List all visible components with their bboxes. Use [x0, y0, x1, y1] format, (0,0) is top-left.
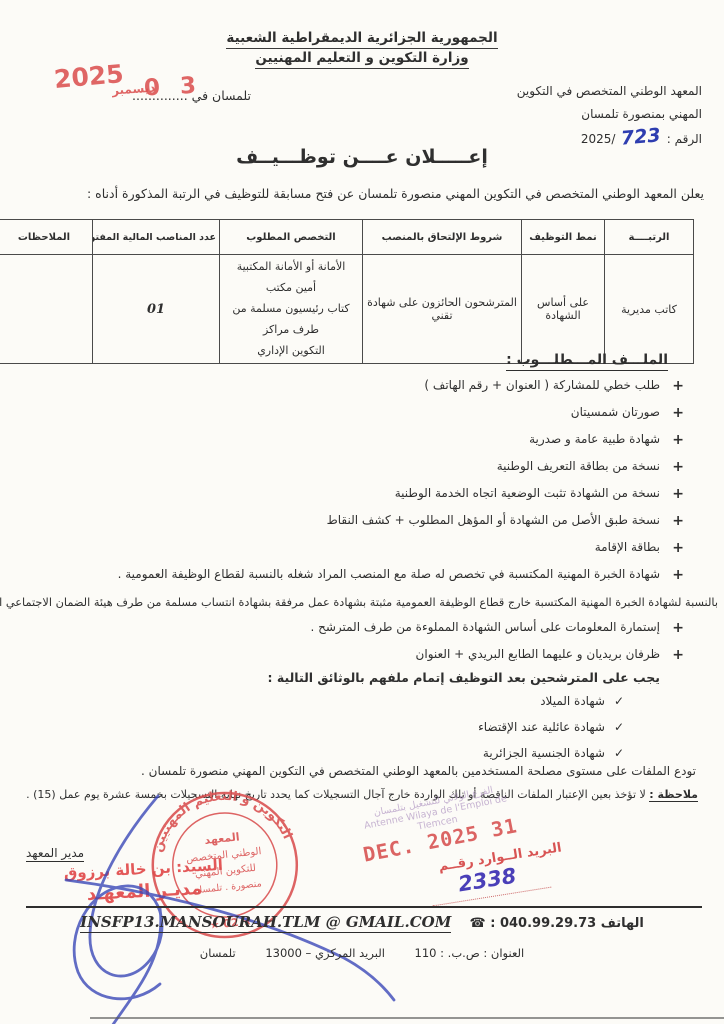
- cell-remarks: [0, 255, 93, 364]
- col-positions: عدد المناصب المالية المفتوحة: [93, 220, 220, 255]
- announcement-intro: يعلن المعهد الوطني المتخصص في التكوين ال…: [8, 186, 704, 201]
- post-hiring-list: ✓شهادة الميلاد ✓شهادة عائلية عند الإقتضا…: [478, 694, 624, 772]
- cell-mode: على أساس الشهادة: [522, 255, 605, 364]
- col-mode: نمط التوظيف: [522, 220, 605, 255]
- phone-icon: ☎: [469, 916, 485, 931]
- list-item: +إستمارة المعلومات على أساس الشهادة المم…: [10, 620, 686, 647]
- stamp-inner-line: منصورة . تلمسان: [192, 878, 262, 896]
- list-item: ✓شهادة عائلية عند الإقتضاء: [478, 720, 624, 746]
- institute-line1: المعهد الوطني المتخصص في التكوين: [517, 80, 702, 103]
- plus-bullet-icon: +: [672, 486, 684, 502]
- post-hiring-intro: يجب على المترشحين بعد التوظيف إتمام ملفه…: [268, 670, 660, 685]
- stamp-inner-line: للتكوين المهني: [194, 863, 256, 880]
- specialty-line: التكوين الإداري: [223, 341, 359, 362]
- list-item: +نسخة من الشهادة تثبت الوضعية اتجاه الخد…: [10, 486, 686, 513]
- institute-block: المعهد الوطني المتخصص في التكوين المهني …: [517, 80, 702, 151]
- list-item: ✓شهادة الميلاد: [478, 694, 624, 720]
- table-row: كاتب مديرية على أساس الشهادة المترشحون ا…: [0, 255, 694, 364]
- specialty-line: أمين مكتب: [223, 278, 359, 299]
- stamp-inner-line: المعهد: [204, 830, 240, 847]
- note-text: لا تؤخذ بعين الإعتبار الملفات الناقصة أو…: [26, 788, 646, 801]
- col-specialty: التخصص المطلوب: [220, 220, 363, 255]
- note-line: ملاحظة : لا تؤخذ بعين الإعتبار الملفات ا…: [30, 788, 698, 801]
- note-label: ملاحظة :: [649, 788, 698, 802]
- deposit-line: تودع الملفات على مستوى مصلحة المستخدمين …: [141, 764, 696, 778]
- list-item: +نسخة طبق الأصل من الشهادة أو المؤهل الم…: [10, 513, 686, 540]
- specialty-line: كتاب رئيسيون مسلمة من طرف مراكز: [223, 299, 359, 341]
- plus-bullet-icon: +: [672, 405, 684, 421]
- specialty-line: الأمانة أو الأمانة المكتبية: [223, 257, 359, 278]
- date-stamp-day: 3 0: [143, 72, 202, 101]
- plus-bullet-icon: +: [672, 620, 684, 636]
- institute-line2: المهني بمنصورة تلمسان: [517, 103, 702, 126]
- required-file-list: +طلب خطي للمشاركة ( العنوان + رقم الهاتف…: [10, 378, 686, 594]
- plus-bullet-icon: +: [672, 540, 684, 556]
- republic-line: الجمهورية الجزائرية الديمقراطية الشعبية: [0, 30, 724, 46]
- ref-year: 2025/: [581, 132, 616, 146]
- list-item: +صورتان شمسيتان: [10, 405, 686, 432]
- list-item: +شهادة الخبرة المهنية المكتسبة في تخصص ل…: [10, 567, 686, 594]
- address-pobox: العنوان : ص.ب. : 110: [415, 946, 525, 960]
- list-item: +شهادة طبية عامة و صدرية: [10, 432, 686, 459]
- plus-bullet-icon: +: [672, 647, 684, 663]
- address-post: البريد المركزي – 13000: [265, 946, 385, 960]
- phone-number: 040.99.29.73: [500, 916, 596, 931]
- list-item: +بطاقة الإقامة: [10, 540, 686, 567]
- checkmark-icon: ✓: [614, 694, 624, 708]
- stamp-inner-line: الوطني المتخصص: [186, 846, 262, 865]
- col-rank: الرتبــــة: [605, 220, 694, 255]
- plus-bullet-icon: +: [672, 513, 684, 529]
- footer-divider: [26, 906, 702, 908]
- place-date-line: تلمسان في .............. 2025 ديسمبر 3 0: [26, 88, 251, 103]
- cell-rank: كاتب مديرية: [605, 255, 694, 364]
- table-header-row: الرتبــــة نمط التوظيف شروط الإلتحاق بال…: [0, 220, 694, 255]
- email-address: INSFP13.MANSOURAH.TLM @ GMAIL.COM: [80, 913, 451, 933]
- plus-bullet-icon: +: [672, 459, 684, 475]
- plus-bullet-icon: +: [672, 378, 684, 394]
- address-line: العنوان : ص.ب. : 110 البريد المركزي – 13…: [0, 946, 724, 960]
- contact-line: INSFP13.MANSOURAH.TLM @ GMAIL.COM ☎ : ال…: [0, 913, 724, 931]
- address-city: تلمسان: [200, 946, 236, 960]
- cell-specialty: الأمانة أو الأمانة المكتبية أمين مكتب كت…: [220, 255, 363, 364]
- plus-bullet-icon: +: [672, 567, 684, 583]
- col-remarks: الملاحظات: [0, 220, 93, 255]
- checkmark-icon: ✓: [614, 746, 624, 760]
- col-conditions: شروط الإلتحاق بالمنصب: [363, 220, 522, 255]
- director-label: مدير المعهد: [26, 846, 84, 862]
- checkmark-icon: ✓: [614, 720, 624, 734]
- ref-label: الرقم :: [667, 132, 702, 146]
- plus-bullet-icon: +: [672, 432, 684, 448]
- scan-edge-shadow: [90, 1017, 724, 1019]
- phone-part: ☎ : الهاتف 040.99.29.73: [469, 916, 643, 931]
- required-file-list-continued: +إستمارة المعلومات على أساس الشهادة المم…: [10, 620, 686, 674]
- announcement-title: إعـــــلان عــــن توظـــيــف: [0, 146, 724, 168]
- cell-conditions: المترشحون الحائزون على شهادة تقني: [363, 255, 522, 364]
- required-file-title: الملـــف المـــطلـــوب :: [506, 352, 668, 371]
- list-item: +نسخة من بطاقة التعريف الوطنية: [10, 459, 686, 486]
- list-item: +طلب خطي للمشاركة ( العنوان + رقم الهاتف…: [10, 378, 686, 405]
- cell-positions: 01: [93, 255, 220, 364]
- experience-note-line: بالنسبة لشهادة الخبرة المهنية المكتسبة خ…: [4, 596, 718, 609]
- scanned-document-page: الجمهورية الجزائرية الديمقراطية الشعبية …: [0, 0, 724, 1024]
- recruitment-table: الرتبــــة نمط التوظيف شروط الإلتحاق بال…: [0, 219, 694, 364]
